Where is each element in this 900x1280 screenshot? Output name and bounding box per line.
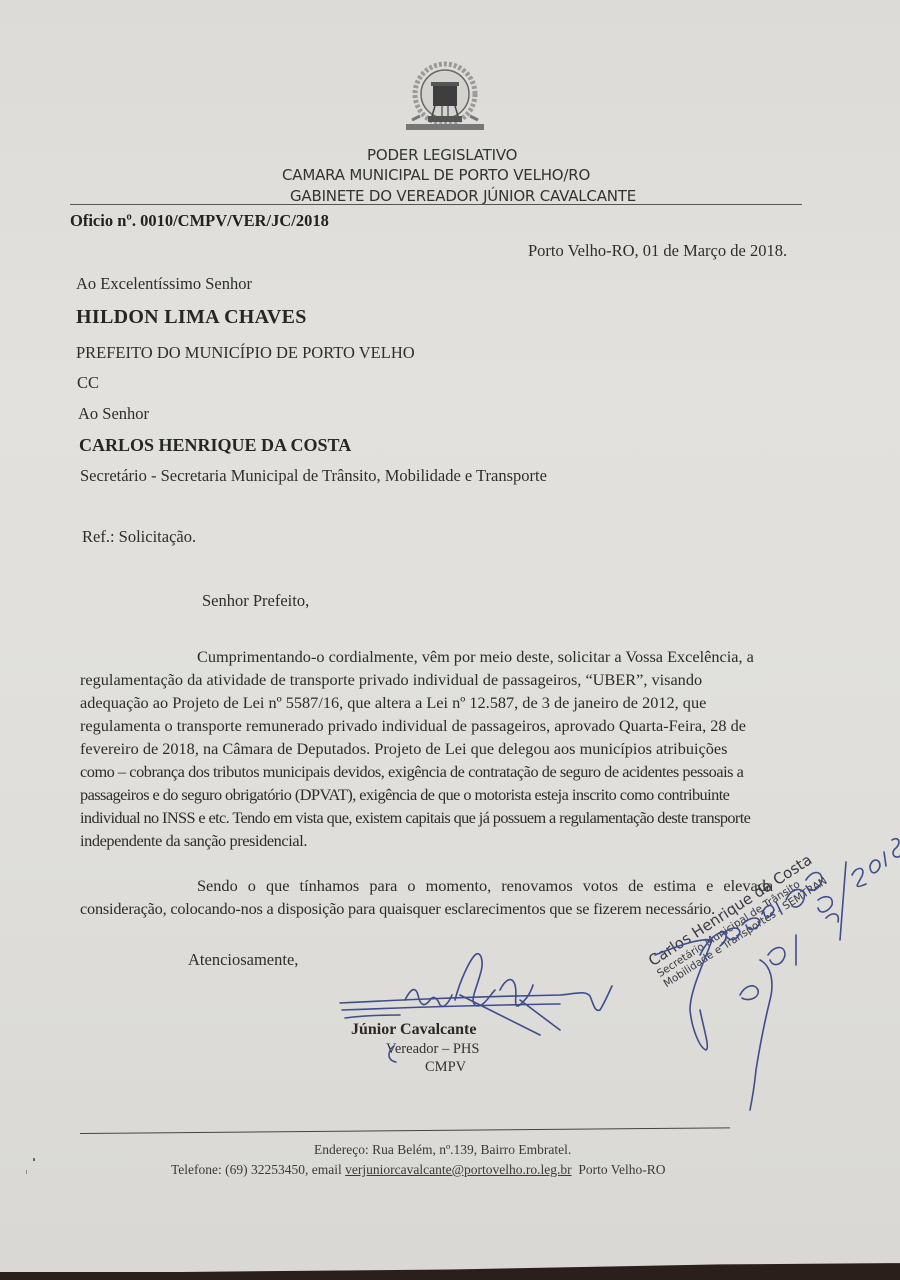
edge-mark [26, 1170, 27, 1174]
edge-mark [33, 1158, 35, 1161]
footer-email-link[interactable]: verjuniorcavalcante@portovelho.ro.leg.br [345, 1162, 571, 1177]
footer-phone: Telefone: (69) 32253450, email [171, 1162, 345, 1177]
handwritten-signatures [0, 0, 900, 1280]
footer-contact: Telefone: (69) 32253450, email verjunior… [171, 1162, 666, 1178]
footer-city: Porto Velho-RO [572, 1162, 666, 1177]
letter-page: PODER LEGISLATIVO CAMARA MUNICIPAL DE PO… [0, 0, 900, 1272]
footer-address: Endereço: Rua Belém, nº.139, Bairro Embr… [314, 1142, 571, 1158]
